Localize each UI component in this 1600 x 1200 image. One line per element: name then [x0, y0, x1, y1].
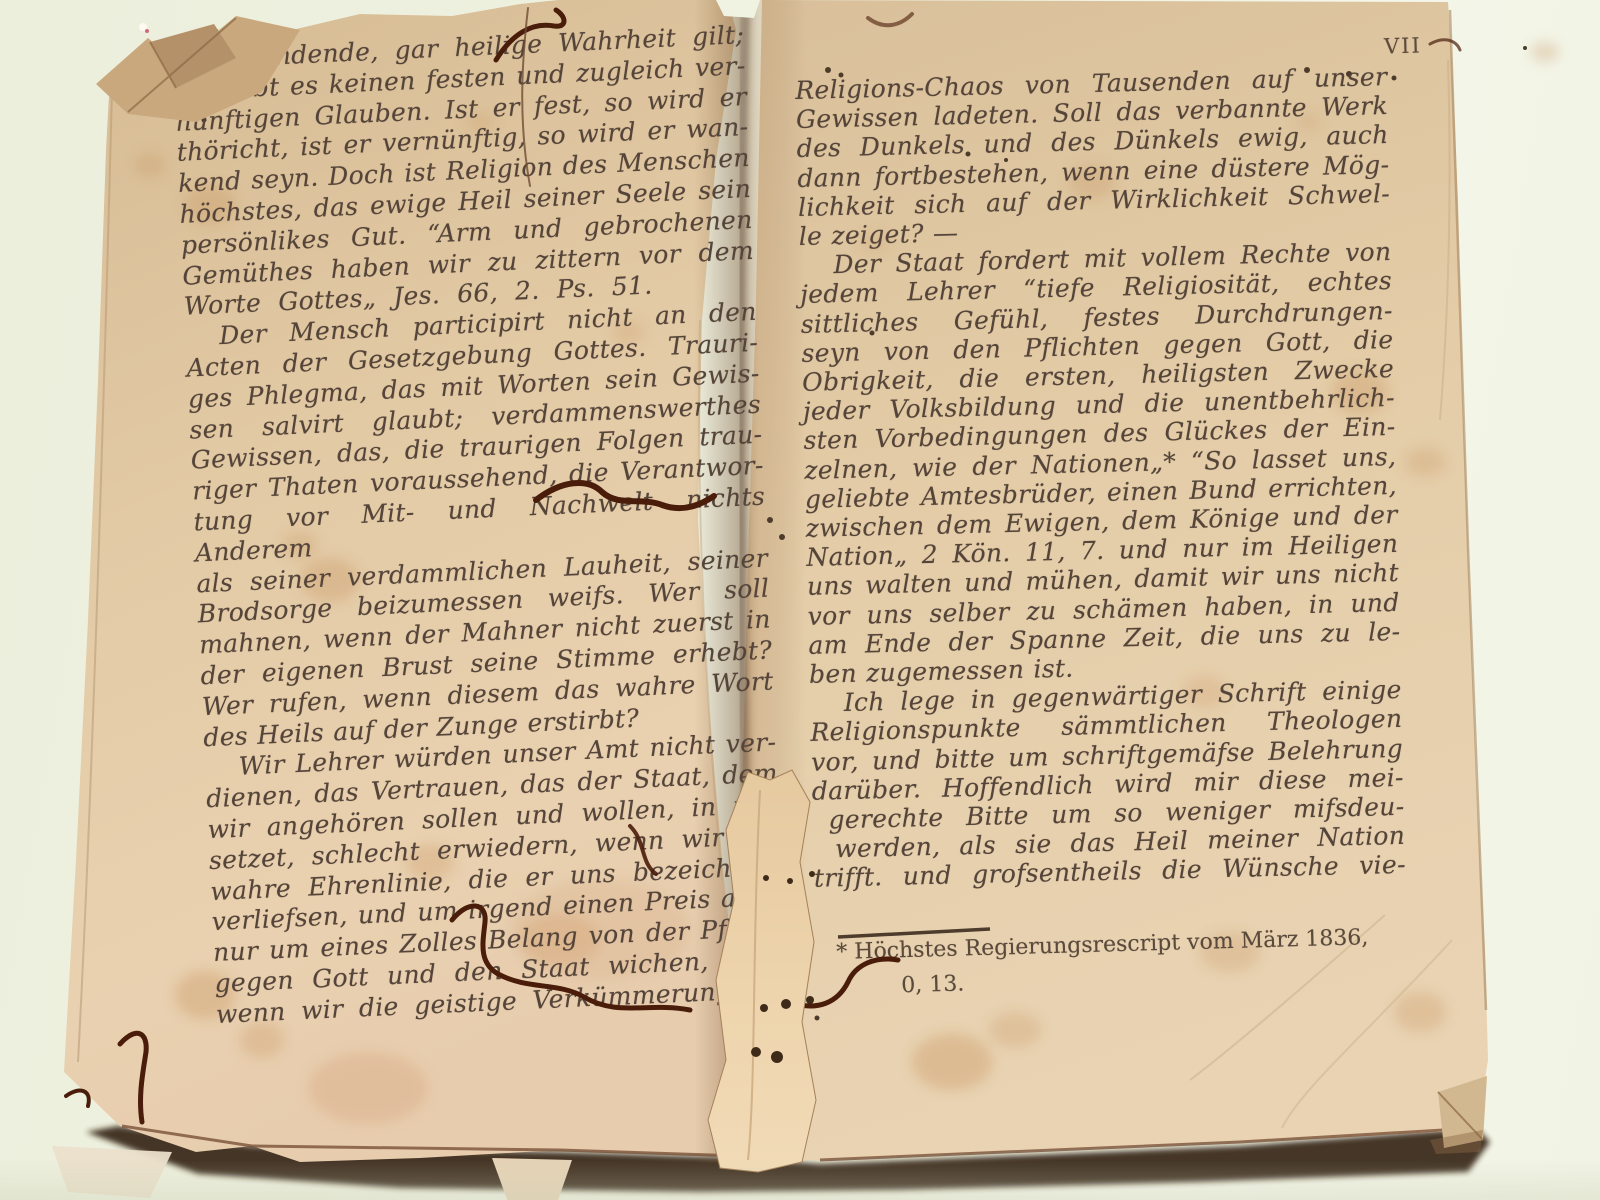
- page-number-right: VII: [1384, 34, 1422, 59]
- page-left-text: ewig bindende, gar heilige Wahrheit gilt…: [172, 20, 788, 1030]
- footnote: * Höchstes Regierungsrescript vom März 1…: [836, 924, 1407, 1000]
- right-page-edge-line: [1450, 10, 1486, 1010]
- footnote-line: 0, 13.: [901, 959, 1408, 998]
- gutter-gap: [716, 0, 760, 18]
- left-page-edge-line: [78, 90, 112, 1062]
- book-shadow: [86, 1126, 1490, 1192]
- paper-fragment: [492, 1158, 572, 1200]
- footnote-line: * Höchstes Regierungsrescript vom März 1…: [836, 924, 1406, 965]
- page-right-text: Religions-Chaos von Tausenden auf unser …: [795, 62, 1406, 893]
- dog-ear-fold: [1430, 1076, 1487, 1154]
- paper-fragment: [52, 1146, 172, 1198]
- book-photo: VI VII ewig bindende, gar heilige Wahrhe…: [0, 0, 1600, 1200]
- bottom-edge-line: [122, 1126, 1477, 1160]
